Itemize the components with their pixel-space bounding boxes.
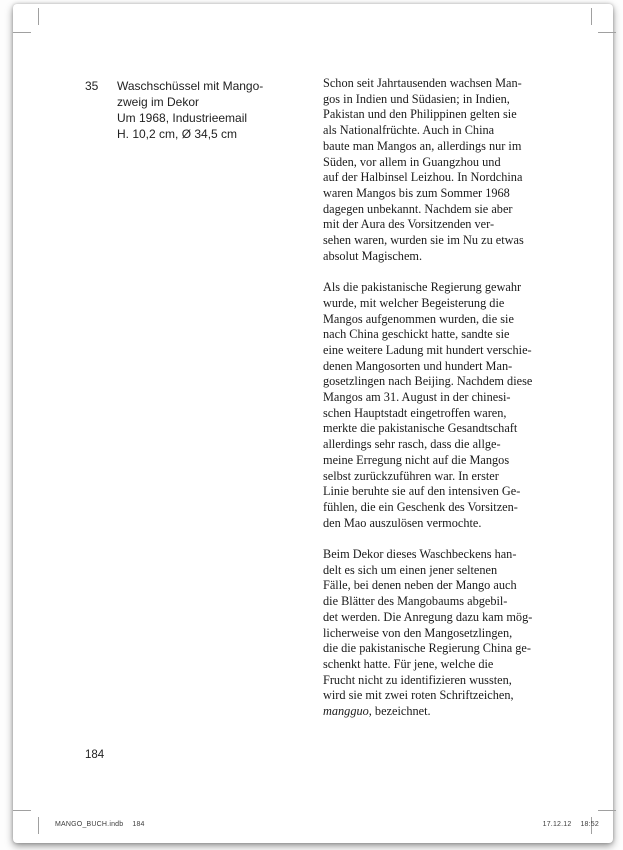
text-line: fühlen, die ein Geschenk des Vorsitzen-: [323, 500, 581, 516]
text-line: Mangos am 31. August in der chinesi-: [323, 390, 581, 406]
text-line: waren Mangos bis zum Sommer 1968: [323, 186, 581, 202]
slug-date: 17.12.12: [543, 821, 572, 828]
body-paragraph: Beim Dekor dieses Waschbeckens han-delt …: [323, 547, 581, 720]
text-line: Süden, vor allem in Guangzhou und: [323, 155, 581, 171]
text-line: Linie beruhte sie auf den intensiven Ge-: [323, 484, 581, 500]
text-line: Schon seit Jahrtausenden wachsen Man-: [323, 76, 581, 92]
text-line: gos in Indien und Südasien; in Indien,: [323, 92, 581, 108]
slug-time: 18:52: [580, 821, 599, 828]
slug-page: 184: [132, 821, 144, 828]
text-line: baute man Mangos an, allerdings nur im: [323, 139, 581, 155]
text-line: wurde, mit welcher Begeisterung die: [323, 296, 581, 312]
text-line: Mangos aufgenommen wurden, die sie: [323, 312, 581, 328]
slug-left: MANGO_BUCH.indb184: [55, 821, 145, 828]
catalog-item-number: 35: [85, 78, 98, 94]
body-paragraph: Als die pakistanische Regierung gewahrwu…: [323, 280, 581, 531]
page-number: 184: [85, 749, 104, 761]
book-page: 35 Waschschüssel mit Mango-zweig im Deko…: [13, 4, 613, 843]
slug-right: 17.12.1218:52: [543, 821, 599, 828]
text-line: wird sie mit zwei roten Schriftzeichen,: [323, 688, 581, 704]
body-paragraph: Schon seit Jahrtausenden wachsen Man-gos…: [323, 76, 581, 264]
text-line: Waschschüssel mit Mango-: [117, 78, 307, 94]
text-line: det werden. Die Anregung dazu kam mög-: [323, 610, 581, 626]
text-line: H. 10,2 cm, Ø 34,5 cm: [117, 126, 307, 142]
text-line: Frucht nicht zu identifizieren wussten,: [323, 673, 581, 689]
text-line: delt es sich um einen jener seltenen: [323, 563, 581, 579]
text-line: mangguo, bezeichnet.: [323, 704, 581, 720]
crop-mark-bottom-left-horizontal: [13, 810, 31, 811]
text-line: selbst zurückzuführen war. In erster: [323, 469, 581, 485]
text-line: absolut Magischem.: [323, 249, 581, 265]
text-line: auf der Halbinsel Leizhou. In Nordchina: [323, 170, 581, 186]
text-line: schen Hauptstadt eingetroffen waren,: [323, 406, 581, 422]
text-line: mit der Aura des Vorsitzenden ver-: [323, 217, 581, 233]
text-line: licherweise von den Mangosetzlingen,: [323, 626, 581, 642]
caption-text: Waschschüssel mit Mango-zweig im DekorUm…: [117, 78, 307, 142]
text-line: Als die pakistanische Regierung gewahr: [323, 280, 581, 296]
crop-mark-top-right-horizontal: [598, 32, 616, 33]
crop-mark-bottom-left-vertical: [38, 817, 39, 834]
text-line: nach China geschickt hatte, sandte sie: [323, 327, 581, 343]
text-line: meine Erregung nicht auf die Mangos: [323, 453, 581, 469]
body-column: Schon seit Jahrtausenden wachsen Man-gos…: [323, 76, 581, 720]
text-line: Fälle, bei denen neben der Mango auch: [323, 578, 581, 594]
slug-footer: MANGO_BUCH.indb184 17.12.1218:52: [55, 821, 599, 828]
text-line: die die pakistanische Regierung China ge…: [323, 641, 581, 657]
text-line: den Mao auszulösen vermochte.: [323, 516, 581, 532]
text-line: schenkt hatte. Für jene, welche die: [323, 657, 581, 673]
text-line: dagegen unbekannt. Nachdem sie aber: [323, 202, 581, 218]
pasteboard: 35 Waschschüssel mit Mango-zweig im Deko…: [0, 0, 623, 850]
text-line: gosetzlingen nach Beijing. Nachdem diese: [323, 374, 581, 390]
crop-mark-top-left-vertical: [38, 8, 39, 25]
text-line: denen Mangosorten und hundert Man-: [323, 359, 581, 375]
text-line: die Blätter des Mangobaums abgebil-: [323, 594, 581, 610]
text-line: Um 1968, Industrieemail: [117, 110, 307, 126]
crop-mark-bottom-right-horizontal: [598, 810, 616, 811]
crop-mark-top-right-vertical: [591, 8, 592, 25]
text-line: Pakistan und den Philippinen gelten sie: [323, 107, 581, 123]
slug-filename: MANGO_BUCH.indb: [55, 821, 123, 828]
italic-term: mangguo: [323, 704, 369, 718]
text-line: zweig im Dekor: [117, 94, 307, 110]
crop-mark-top-left-horizontal: [13, 32, 31, 33]
text-line: eine weitere Ladung mit hundert verschie…: [323, 343, 581, 359]
text-line: merkte die pakistanische Gesandtschaft: [323, 421, 581, 437]
text-line: Beim Dekor dieses Waschbeckens han-: [323, 547, 581, 563]
text-line: allerdings sehr rasch, dass die allge-: [323, 437, 581, 453]
text-line: sehen waren, wurden sie im Nu zu etwas: [323, 233, 581, 249]
text-line: als Nationalfrüchte. Auch in China: [323, 123, 581, 139]
